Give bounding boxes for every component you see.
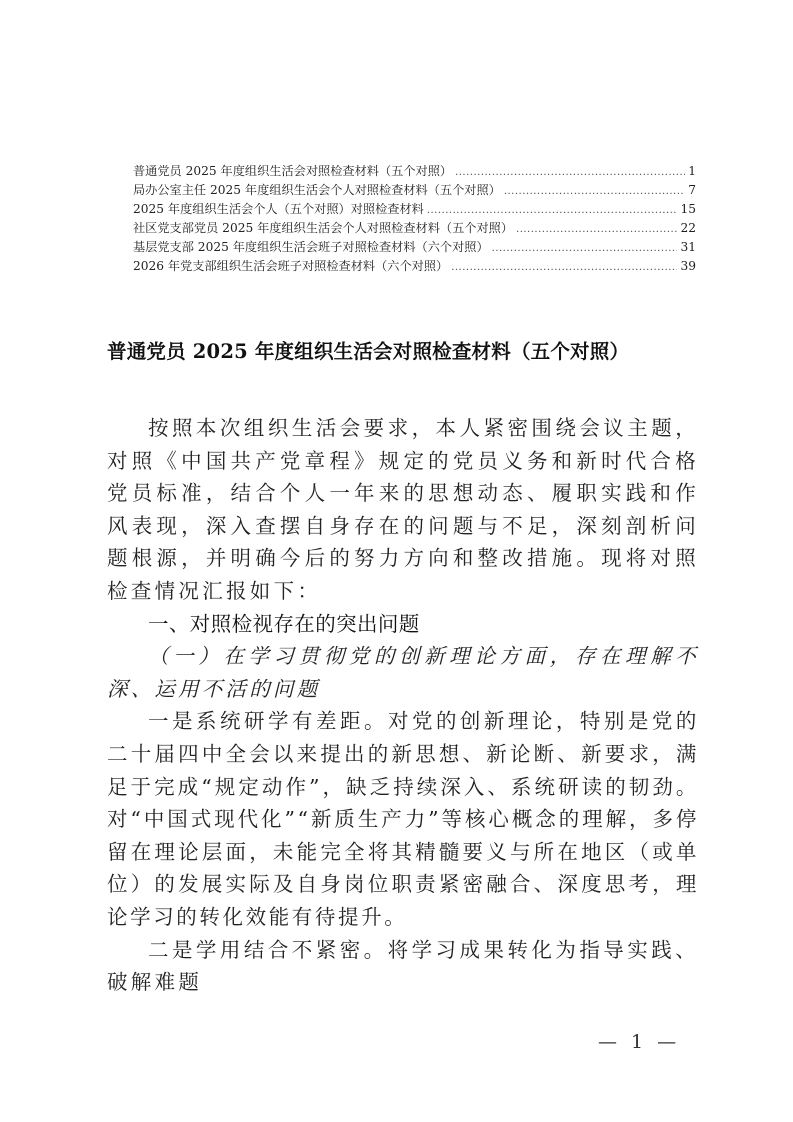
toc-item-page: 22 [680, 219, 696, 238]
toc-item-page: 31 [680, 238, 696, 257]
toc-leader-dots [492, 239, 678, 258]
body-paragraph: 二是学用结合不紧密。将学习成果转化为指导实践、破解难题 [107, 934, 699, 999]
toc-leader-dots [455, 163, 685, 182]
toc-leader-dots [504, 182, 685, 201]
subsection-heading: （一）在学习贯彻党的创新理论方面，存在理解不深、运用不活的问题 [107, 640, 699, 705]
toc-item[interactable]: 2025 年度组织生活会个人（五个对照）对照检查材料 15 [133, 200, 696, 219]
toc-item[interactable]: 基层党支部 2025 年度组织生活会班子对照检查材料（六个对照） 31 [133, 238, 696, 257]
toc-item-page: 7 [688, 181, 696, 200]
page-number: — 1 — [598, 1031, 678, 1053]
toc-item-title: 社区党支部党员 2025 年度组织生活会个人对照检查材料（五个对照） [133, 219, 513, 238]
toc-item-title: 2025 年度组织生活会个人（五个对照）对照检查材料 [133, 200, 424, 219]
toc-item[interactable]: 2026 年党支部组织生活会班子对照检查材料（六个对照） 39 [133, 257, 696, 276]
toc-leader-dots [451, 258, 677, 277]
toc-leader-dots [427, 201, 678, 220]
toc-item-page: 39 [680, 257, 696, 276]
toc-item-title: 2026 年党支部组织生活会班子对照检查材料（六个对照） [133, 257, 448, 276]
table-of-contents: 普通党员 2025 年度组织生活会对照检查材料（五个对照） 1 局办公室主任 2… [133, 162, 696, 276]
toc-item[interactable]: 普通党员 2025 年度组织生活会对照检查材料（五个对照） 1 [133, 162, 696, 181]
toc-item-title: 普通党员 2025 年度组织生活会对照检查材料（五个对照） [133, 162, 452, 181]
toc-item-title: 基层党支部 2025 年度组织生活会班子对照检查材料（六个对照） [133, 238, 489, 257]
intro-paragraph: 按照本次组织生活会要求，本人紧密围绕会议主题，对照《中国共产党章程》规定的党员义… [107, 412, 699, 608]
toc-item[interactable]: 局办公室主任 2025 年度组织生活会个人对照检查材料（五个对照） 7 [133, 181, 696, 200]
toc-item-page: 1 [688, 162, 696, 181]
body-paragraph: 一是系统研学有差距。对党的创新理论，特别是党的二十届四中全会以来提出的新思想、新… [107, 705, 699, 933]
toc-item-title: 局办公室主任 2025 年度组织生活会个人对照检查材料（五个对照） [133, 181, 501, 200]
document-page: 普通党员 2025 年度组织生活会对照检查材料（五个对照） 1 局办公室主任 2… [0, 0, 793, 1122]
document-title: 普通党员 2025 年度组织生活会对照检查材料（五个对照） [107, 336, 707, 368]
toc-item-page: 15 [680, 200, 696, 219]
toc-item[interactable]: 社区党支部党员 2025 年度组织生活会个人对照检查材料（五个对照） 22 [133, 219, 696, 238]
document-body: 按照本次组织生活会要求，本人紧密围绕会议主题，对照《中国共产党章程》规定的党员义… [107, 412, 699, 999]
toc-leader-dots [516, 220, 677, 239]
section-heading: 一、对照检视存在的突出问题 [107, 608, 699, 641]
